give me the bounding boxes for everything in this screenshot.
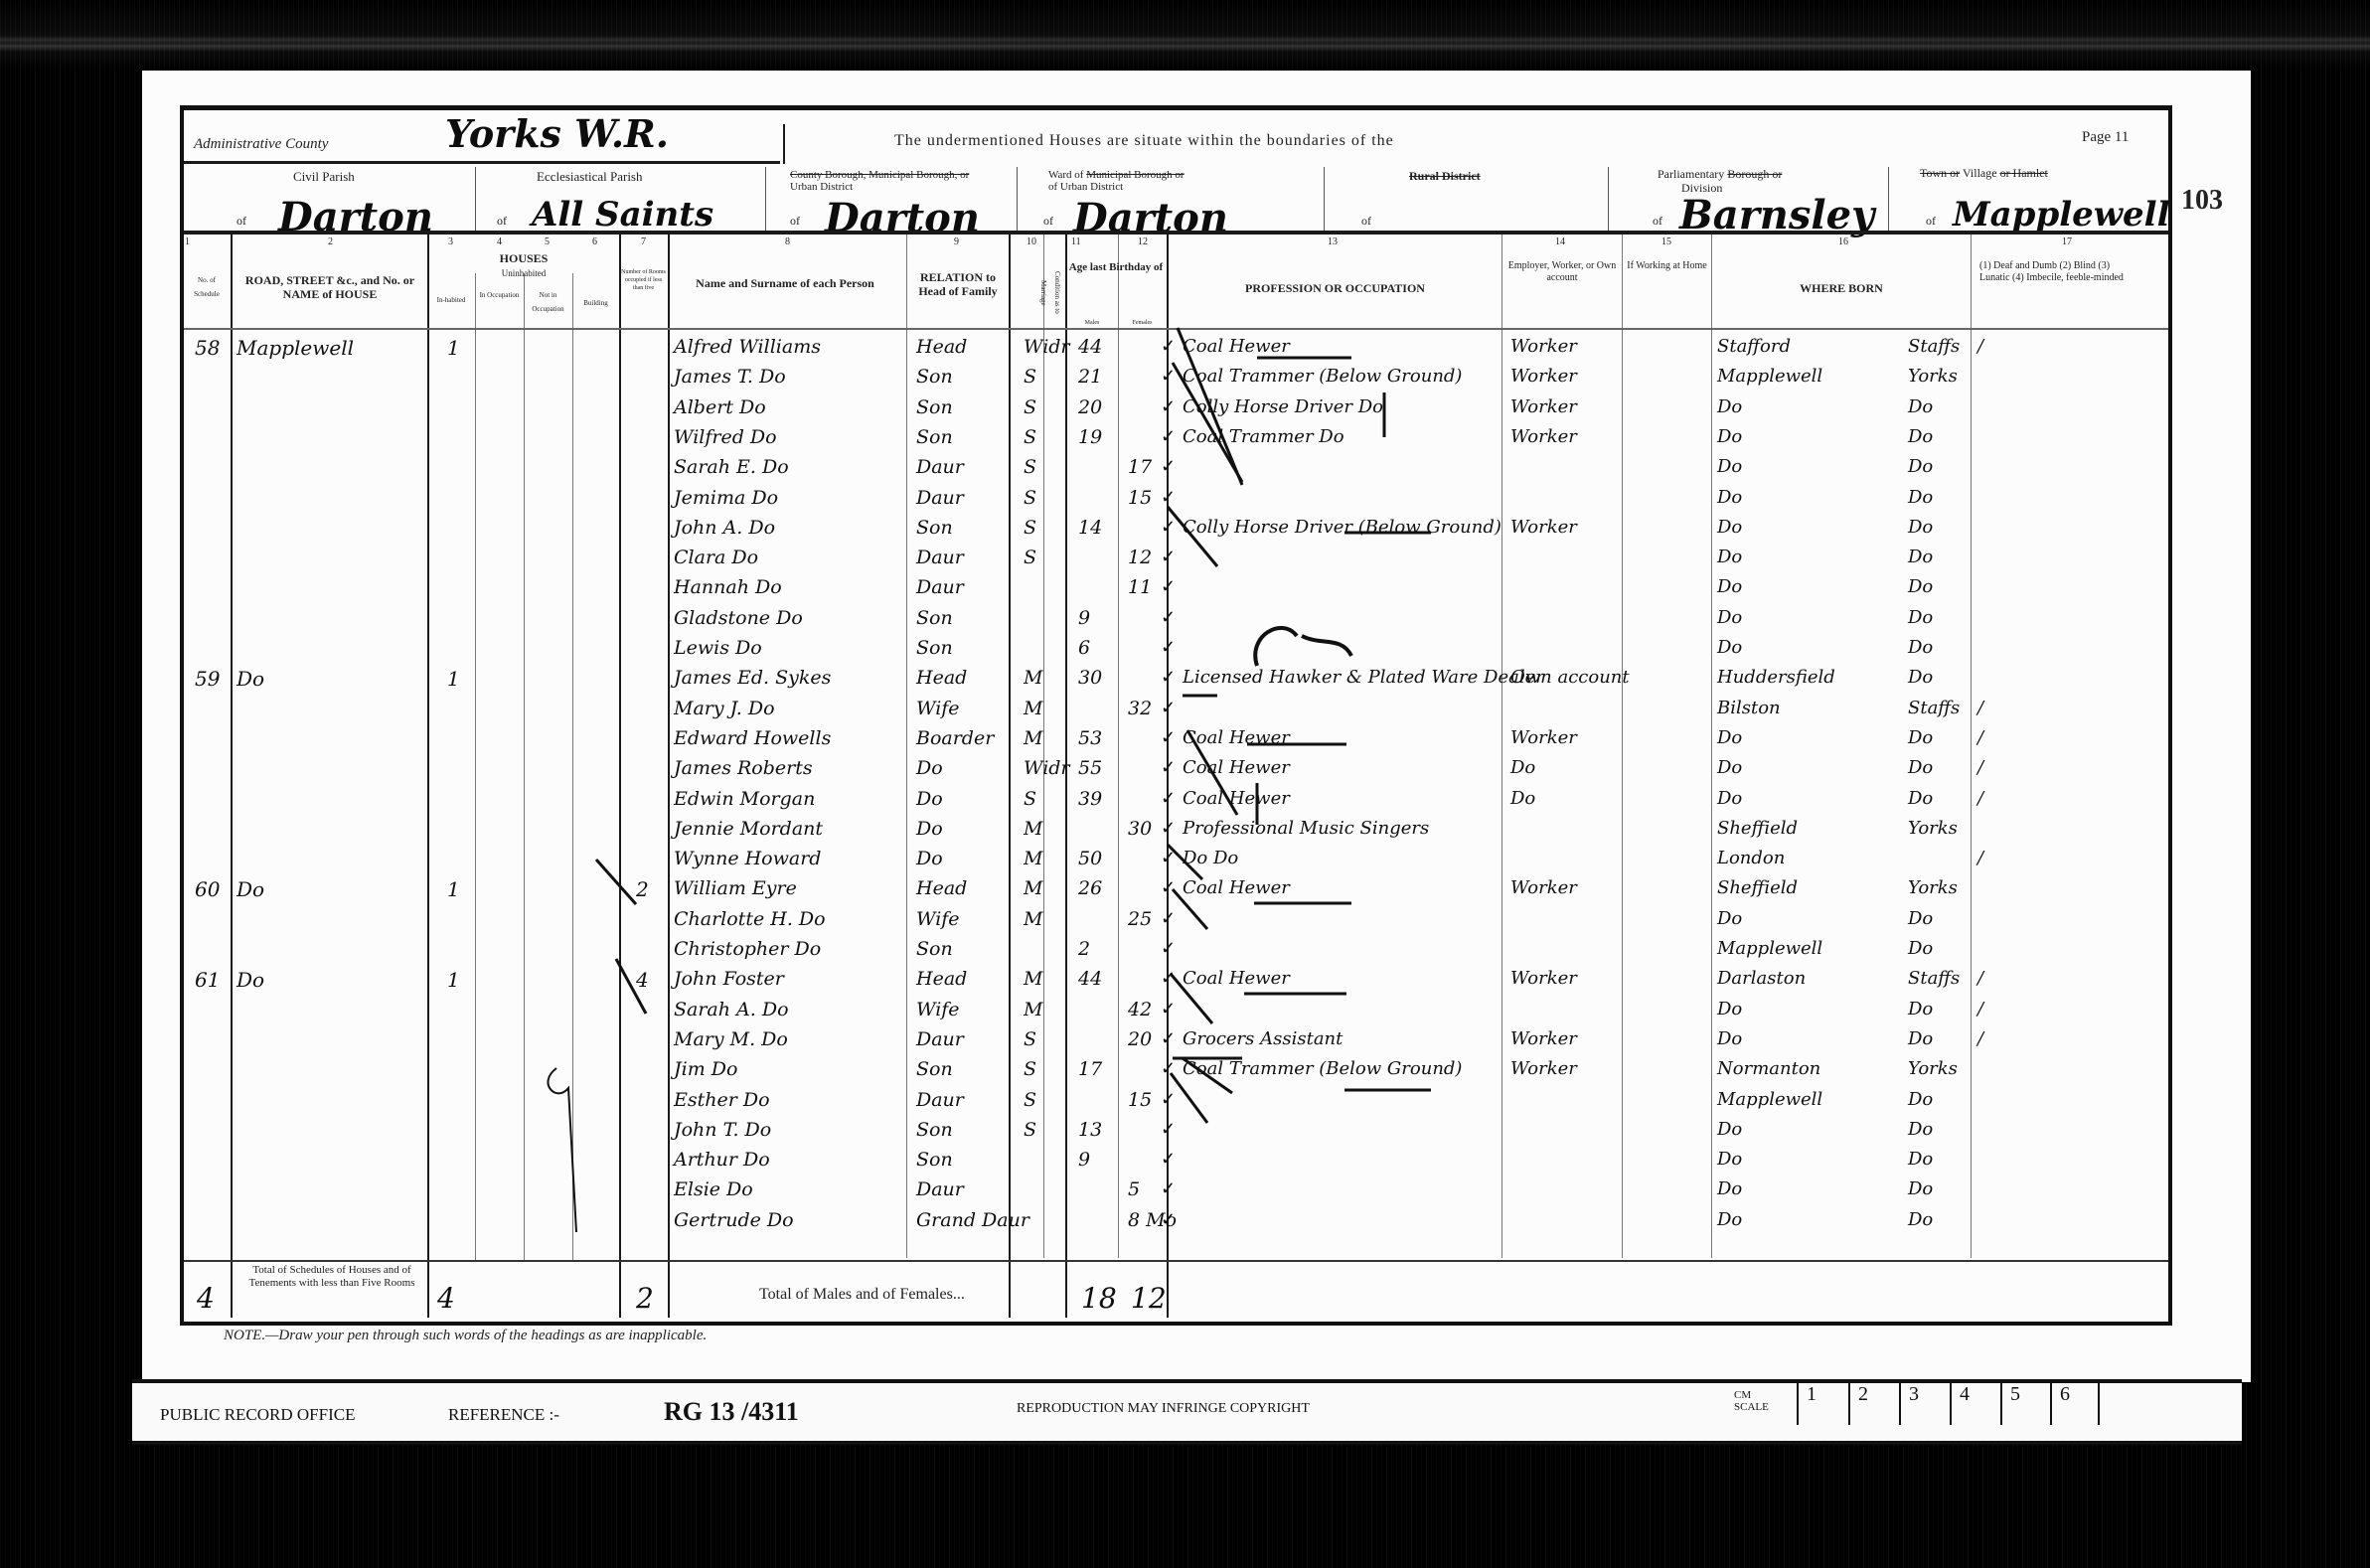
total-females: 12 (1131, 1282, 1167, 1315)
scale-mark: 5 (2000, 1383, 2050, 1425)
scale-mark: 6 (2050, 1383, 2100, 1425)
footer-copyright: REPRODUCTION MAY INFRINGE COPYRIGHT (1017, 1401, 1310, 1417)
total-males-females-label: Total of Males and of Females... (759, 1286, 965, 1304)
totals-rule (184, 1260, 2168, 1262)
total-schedules-label: Total of Schedules of Houses and of Tene… (238, 1264, 425, 1290)
scale-mark: 2 (1848, 1383, 1899, 1425)
scale-label-cm: CM (1734, 1389, 1751, 1401)
total-houses-inhabited: 4 (437, 1282, 455, 1315)
total-males: 18 (1081, 1282, 1117, 1315)
scale-mark: 4 (1950, 1383, 2000, 1425)
instruction-note: NOTE.—Draw your pen through such words o… (224, 1328, 707, 1344)
scale-label-scale: SCALE (1734, 1401, 1769, 1413)
footer-office: PUBLIC RECORD OFFICE (160, 1405, 355, 1425)
archive-footer: PUBLIC RECORD OFFICE REFERENCE :- RG 13 … (132, 1379, 2242, 1445)
total-rooms: 2 (636, 1282, 654, 1315)
scale-label: CMSCALE (1734, 1389, 1769, 1413)
total-schedules: 4 (197, 1282, 215, 1315)
footer-reference-value: RG 13 /4311 (664, 1397, 799, 1427)
footer-reference-label: REFERENCE :- (448, 1405, 559, 1425)
scale-mark: 1 (1797, 1383, 1848, 1425)
scale-mark: 3 (1899, 1383, 1950, 1425)
